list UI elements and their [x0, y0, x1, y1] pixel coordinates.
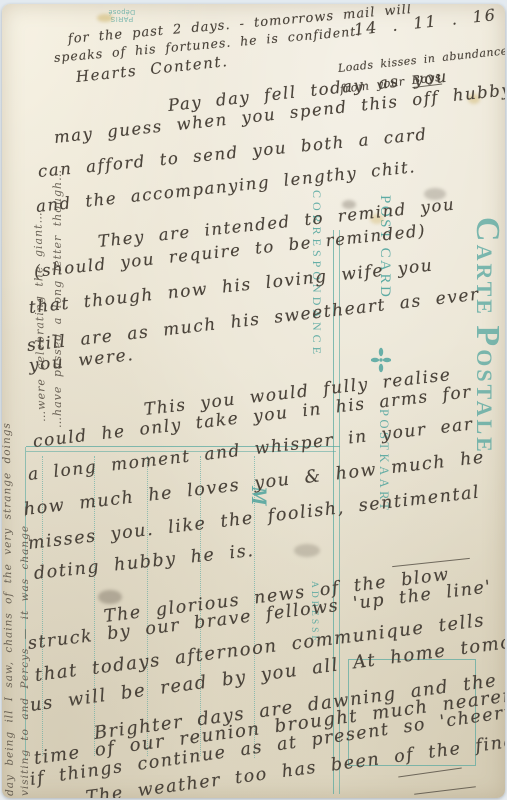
- ink-smudge: [294, 544, 320, 557]
- carte-rest: ARTE: [472, 245, 497, 317]
- marginalia-line: visiting to and Percys — it was change —: [19, 505, 31, 796]
- ink-smudge: [98, 590, 122, 604]
- printer-mark: PARIS Déposé: [108, 8, 135, 22]
- postale-initial: P: [469, 325, 505, 349]
- printed-carte-postale: CARTE POSTALE: [468, 217, 505, 455]
- postale-rest: OSTALE: [472, 349, 497, 455]
- marginalia-line: …have passed a long letter though…: [51, 169, 64, 428]
- carte-initial: C: [469, 217, 505, 245]
- ink-underline: [414, 786, 476, 795]
- paper-stain: [97, 14, 113, 22]
- postcard-card: PARIS Déposé CORRESPONDANCE POST CARD PO…: [2, 4, 505, 798]
- ink-underline: [398, 768, 462, 778]
- printer-mark-depose: Déposé: [108, 8, 135, 15]
- postcard-photo: { "postcard": { "date": "14 . 11 . 16", …: [0, 0, 507, 800]
- marginalia-line: day being ill I saw, chains of the very …: [2, 422, 16, 796]
- marginalia-line: …were celebrating the giant…: [31, 211, 48, 422]
